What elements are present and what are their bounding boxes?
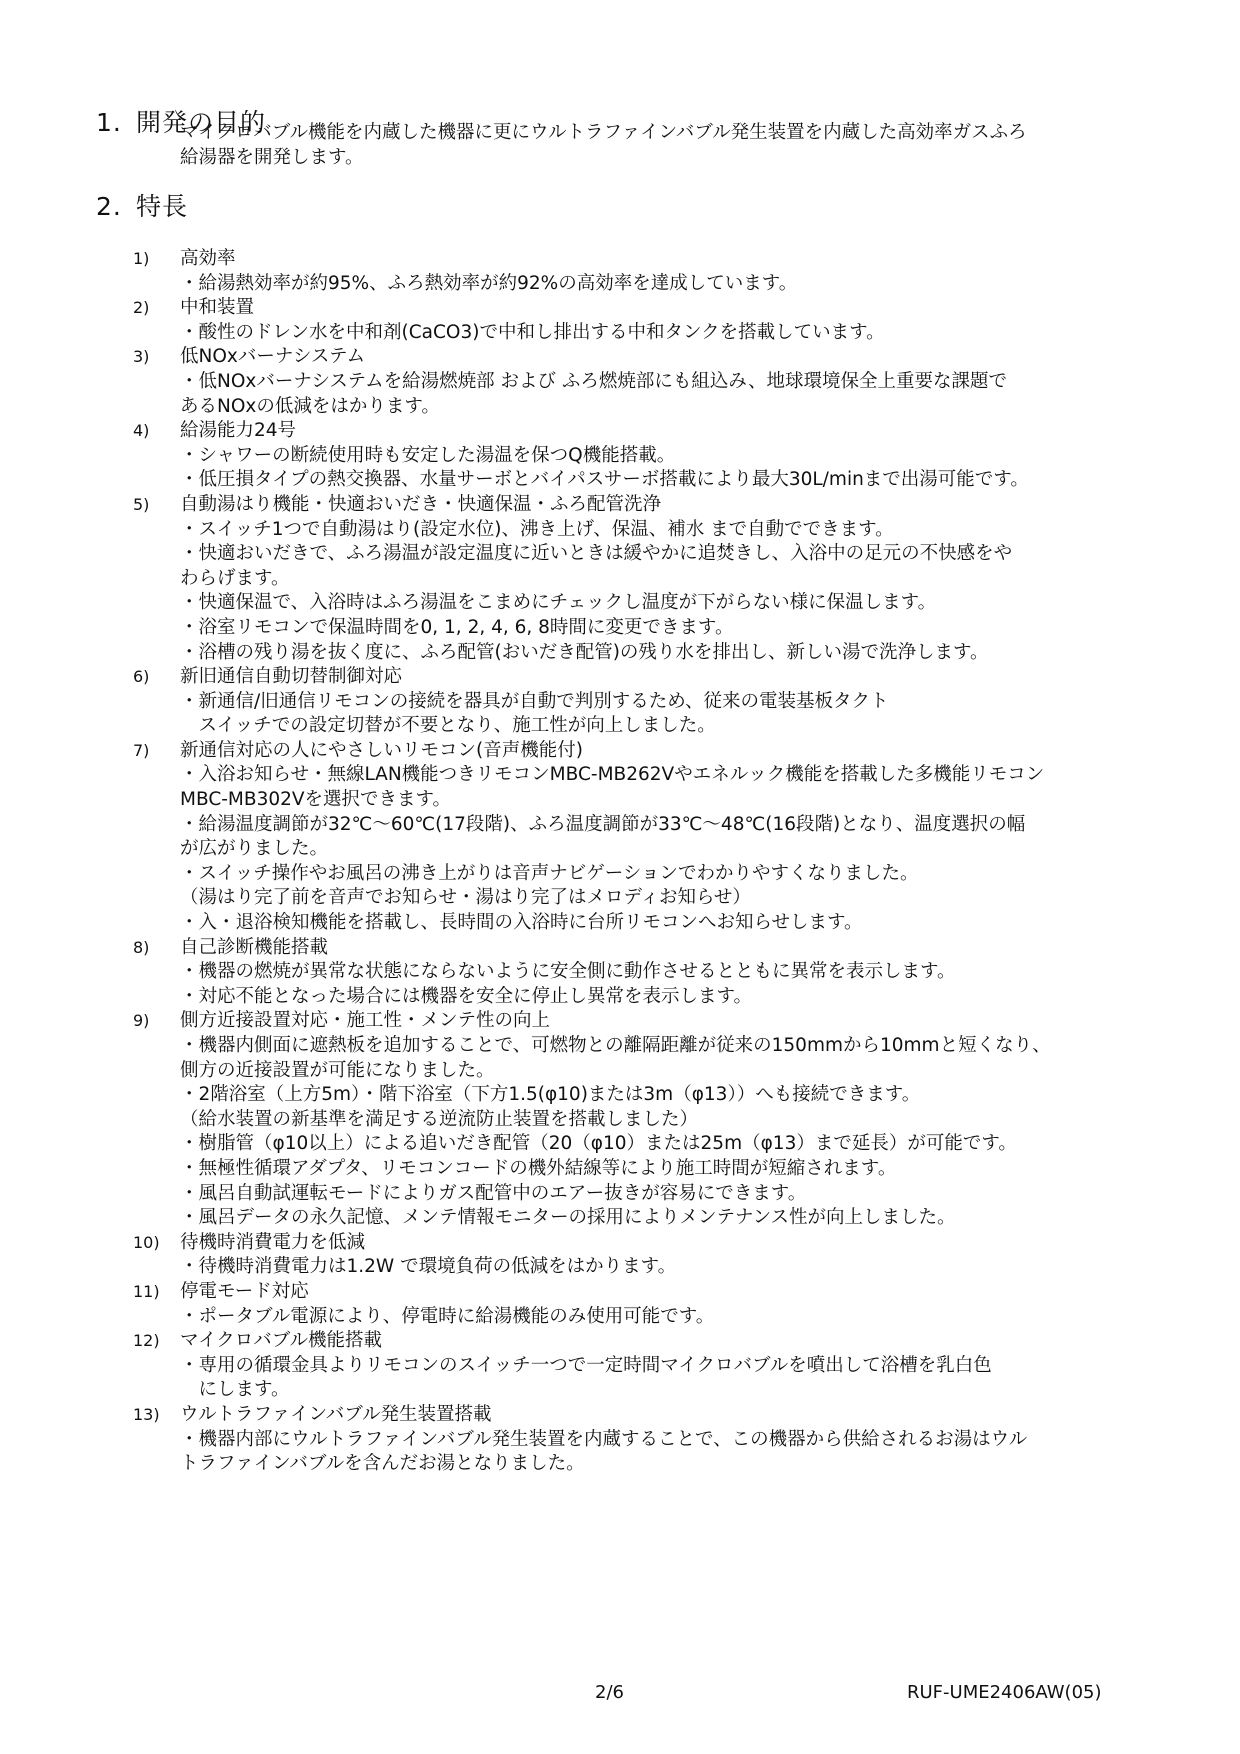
section-title: 特長 (136, 192, 188, 221)
feature-detail-line: ・無極性循環アダプタ、リモコンコードの機外結線等により施工時間が短縮されます。 (0, 1157, 1240, 1182)
feature-detail-line: ・入・退浴検知機能を搭載し、長時間の入浴時に台所リモコンへお知らせします。 (0, 911, 1240, 936)
feature-number: 7) (133, 739, 149, 764)
feature-title: マイクロバブル機能搭載 (180, 1329, 382, 1354)
feature-heading: 1)高効率 (0, 247, 1240, 272)
paragraph-line: マイクロバブル機能を内蔵した機器に更にウルトラファインバブル発生装置を内蔵した高… (180, 120, 1170, 145)
feature-detail-line: ・快適おいだきで、ふろ湯温が設定温度に近いときは緩やかに追焚きし、入浴中の足元の… (0, 542, 1240, 567)
feature-heading: 2)中和装置 (0, 296, 1240, 321)
feature-heading: 8)自己診断機能搭載 (0, 936, 1240, 961)
feature-title: 給湯能力24号 (180, 419, 296, 444)
feature-detail-line: わらげます。 (0, 567, 1240, 592)
feature-title: 停電モード対応 (180, 1280, 309, 1305)
feature-detail-line: ・機器内部にウルトラファインバブル発生装置を内蔵することで、この機器から供給され… (0, 1428, 1240, 1453)
feature-item: 3)低NOxバーナシステム・低NOxバーナシステムを給湯燃焼部 および ふろ燃焼… (0, 345, 1240, 419)
feature-detail-line: ・給湯温度調節が32℃～60℃(17段階)、ふろ温度調節が33℃～48℃(16段… (0, 813, 1240, 838)
feature-title: 低NOxバーナシステム (180, 345, 365, 370)
feature-number: 9) (133, 1009, 149, 1034)
feature-detail-line: ・シャワーの断続使用時も安定した湯温を保つQ機能搭載。 (0, 444, 1240, 469)
feature-detail-line: （給水装置の新基準を満足する逆流防止装置を搭載しました） (0, 1108, 1240, 1133)
feature-detail-line: （湯はり完了前を音声でお知らせ・湯はり完了はメロディお知らせ） (0, 886, 1240, 911)
section-number: 1. (96, 108, 136, 138)
feature-number: 12) (133, 1329, 160, 1354)
feature-number: 10) (133, 1231, 160, 1256)
feature-detail-line: あるNOxの低減をはかります。 (0, 395, 1240, 420)
feature-detail-line: MBC-MB302Vを選択できます。 (0, 788, 1240, 813)
feature-item: 9)側方近接設置対応・施工性・メンテ性の向上・機器内側面に遮熱板を追加することで… (0, 1009, 1240, 1230)
feature-detail-line: ・樹脂管（φ10以上）による追いだき配管（20（φ10）または25m（φ13）ま… (0, 1132, 1240, 1157)
feature-number: 11) (133, 1280, 160, 1305)
feature-detail-line: ・機器の燃焼が異常な状態にならないように安全側に動作させるとともに異常を表示しま… (0, 960, 1240, 985)
feature-detail-line: ・ポータブル電源により、停電時に給湯機能のみ使用可能です。 (0, 1305, 1240, 1330)
feature-detail-line: ・風呂自動試運転モードによりガス配管中のエアー抜きが容易にできます。 (0, 1182, 1240, 1207)
feature-title: 新旧通信自動切替制御対応 (180, 665, 402, 690)
feature-item: 5)自動湯はり機能・快適おいだき・快適保温・ふろ配管洗浄・スイッチ1つで自動湯は… (0, 493, 1240, 665)
feature-heading: 9)側方近接設置対応・施工性・メンテ性の向上 (0, 1009, 1240, 1034)
feature-detail-line: ・風呂データの永久記憶、メンテ情報モニターの採用によりメンテナンス性が向上しまし… (0, 1206, 1240, 1231)
feature-detail-line: ・入浴お知らせ・無線LAN機能つきリモコンMBC-MB262Vやエネルック機能を… (0, 763, 1240, 788)
feature-number: 6) (133, 665, 149, 690)
feature-number: 3) (133, 345, 149, 370)
feature-detail-line: にします。 (0, 1378, 1240, 1403)
feature-detail-line: ・浴槽の残り湯を抜く度に、ふろ配管(おいだき配管)の残り水を排出し、新しい湯で洗… (0, 641, 1240, 666)
feature-title: 自己診断機能搭載 (180, 936, 328, 961)
feature-item: 8)自己診断機能搭載・機器の燃焼が異常な状態にならないように安全側に動作させると… (0, 936, 1240, 1010)
feature-heading: 11)停電モード対応 (0, 1280, 1240, 1305)
feature-detail-line: スイッチでの設定切替が不要となり、施工性が向上しました。 (0, 714, 1240, 739)
feature-detail-line: ・浴室リモコンで保温時間を0, 1, 2, 4, 6, 8時間に変更できます。 (0, 616, 1240, 641)
paragraph-line: 給湯器を開発します。 (180, 145, 1170, 170)
feature-title: 自動湯はり機能・快適おいだき・快適保温・ふろ配管洗浄 (180, 493, 661, 518)
section-heading-features: 2.特長 (96, 192, 188, 222)
feature-number: 4) (133, 419, 149, 444)
feature-number: 8) (133, 936, 149, 961)
feature-number: 1) (133, 247, 149, 272)
feature-item: 11)停電モード対応・ポータブル電源により、停電時に給湯機能のみ使用可能です。 (0, 1280, 1240, 1329)
feature-detail-line: ・2階浴室（上方5m）・階下浴室（下方1.5(φ10)または3m（φ13））へも… (0, 1083, 1240, 1108)
feature-detail-line: ・機器内側面に遮熱板を追加することで、可燃物との離隔距離が従来の150mmから1… (0, 1034, 1240, 1059)
features-list: 1)高効率・給湯熱効率が約95%、ふろ熱効率が約92%の高効率を達成しています。… (0, 247, 1240, 1477)
feature-detail-line: ・給湯熱効率が約95%、ふろ熱効率が約92%の高効率を達成しています。 (0, 272, 1240, 297)
feature-item: 12)マイクロバブル機能搭載・専用の循環金具よりリモコンのスイッチ一つで一定時間… (0, 1329, 1240, 1403)
feature-detail-line: が広がりました。 (0, 837, 1240, 862)
feature-heading: 4)給湯能力24号 (0, 419, 1240, 444)
feature-detail-line: ・スイッチ1つで自動湯はり(設定水位)、沸き上げ、保温、補水 まで自動でできます… (0, 518, 1240, 543)
feature-number: 5) (133, 493, 149, 518)
feature-heading: 6)新旧通信自動切替制御対応 (0, 665, 1240, 690)
feature-detail-line: ・酸性のドレン水を中和剤(CaCO3)で中和し排出する中和タンクを搭載しています… (0, 321, 1240, 346)
feature-detail-line: ・待機時消費電力は1.2W で環境負荷の低減をはかります。 (0, 1255, 1240, 1280)
feature-detail-line: ・快適保温で、入浴時はふろ湯温をこまめにチェックし温度が下がらない様に保温します… (0, 591, 1240, 616)
feature-detail-line: 側方の近接設置が可能になりました。 (0, 1059, 1240, 1084)
feature-title: 待機時消費電力を低減 (180, 1231, 365, 1256)
feature-item: 13)ウルトラファインバブル発生装置搭載・機器内部にウルトラファインバブル発生装… (0, 1403, 1240, 1477)
feature-item: 10)待機時消費電力を低減・待機時消費電力は1.2W で環境負荷の低減をはかりま… (0, 1231, 1240, 1280)
feature-title: 側方近接設置対応・施工性・メンテ性の向上 (180, 1009, 550, 1034)
feature-number: 13) (133, 1403, 160, 1428)
feature-title: ウルトラファインバブル発生装置搭載 (180, 1403, 492, 1428)
document-page: 1.開発の目的 マイクロバブル機能を内蔵した機器に更にウルトラファインバブル発生… (0, 0, 1240, 1754)
feature-heading: 7)新通信対応の人にやさしいリモコン(音声機能付) (0, 739, 1240, 764)
purpose-paragraph: マイクロバブル機能を内蔵した機器に更にウルトラファインバブル発生装置を内蔵した高… (180, 120, 1170, 170)
feature-title: 新通信対応の人にやさしいリモコン(音声機能付) (180, 739, 583, 764)
feature-detail-line: トラファインバブルを含んだお湯となりました。 (0, 1452, 1240, 1477)
page-number: 2/6 (595, 1682, 624, 1703)
feature-item: 1)高効率・給湯熱効率が約95%、ふろ熱効率が約92%の高効率を達成しています。 (0, 247, 1240, 296)
feature-heading: 10)待機時消費電力を低減 (0, 1231, 1240, 1256)
feature-detail-line: ・専用の循環金具よりリモコンのスイッチ一つで一定時間マイクロバブルを噴出して浴槽… (0, 1354, 1240, 1379)
feature-number: 2) (133, 296, 149, 321)
feature-heading: 3)低NOxバーナシステム (0, 345, 1240, 370)
feature-detail-line: ・新通信/旧通信リモコンの接続を器具が自動で判別するため、従来の電装基板タクト (0, 690, 1240, 715)
feature-item: 7)新通信対応の人にやさしいリモコン(音声機能付)・入浴お知らせ・無線LAN機能… (0, 739, 1240, 936)
feature-detail-line: ・低NOxバーナシステムを給湯燃焼部 および ふろ燃焼部にも組込み、地球環境保全… (0, 370, 1240, 395)
feature-detail-line: ・スイッチ操作やお風呂の沸き上がりは音声ナビゲーションでわかりやすくなりました。 (0, 862, 1240, 887)
feature-title: 中和装置 (180, 296, 254, 321)
section-number: 2. (96, 192, 136, 222)
feature-title: 高効率 (180, 247, 236, 272)
feature-heading: 13)ウルトラファインバブル発生装置搭載 (0, 1403, 1240, 1428)
feature-heading: 12)マイクロバブル機能搭載 (0, 1329, 1240, 1354)
feature-item: 2)中和装置・酸性のドレン水を中和剤(CaCO3)で中和し排出する中和タンクを搭… (0, 296, 1240, 345)
feature-detail-line: ・低圧損タイプの熱交換器、水量サーボとバイパスサーボ搭載により最大30L/min… (0, 468, 1240, 493)
feature-item: 6)新旧通信自動切替制御対応・新通信/旧通信リモコンの接続を器具が自動で判別する… (0, 665, 1240, 739)
feature-item: 4)給湯能力24号・シャワーの断続使用時も安定した湯温を保つQ機能搭載。・低圧損… (0, 419, 1240, 493)
feature-detail-line: ・対応不能となった場合には機器を安全に停止し異常を表示します。 (0, 985, 1240, 1010)
feature-heading: 5)自動湯はり機能・快適おいだき・快適保温・ふろ配管洗浄 (0, 493, 1240, 518)
document-id: RUF-UME2406AW(05) (907, 1682, 1102, 1703)
